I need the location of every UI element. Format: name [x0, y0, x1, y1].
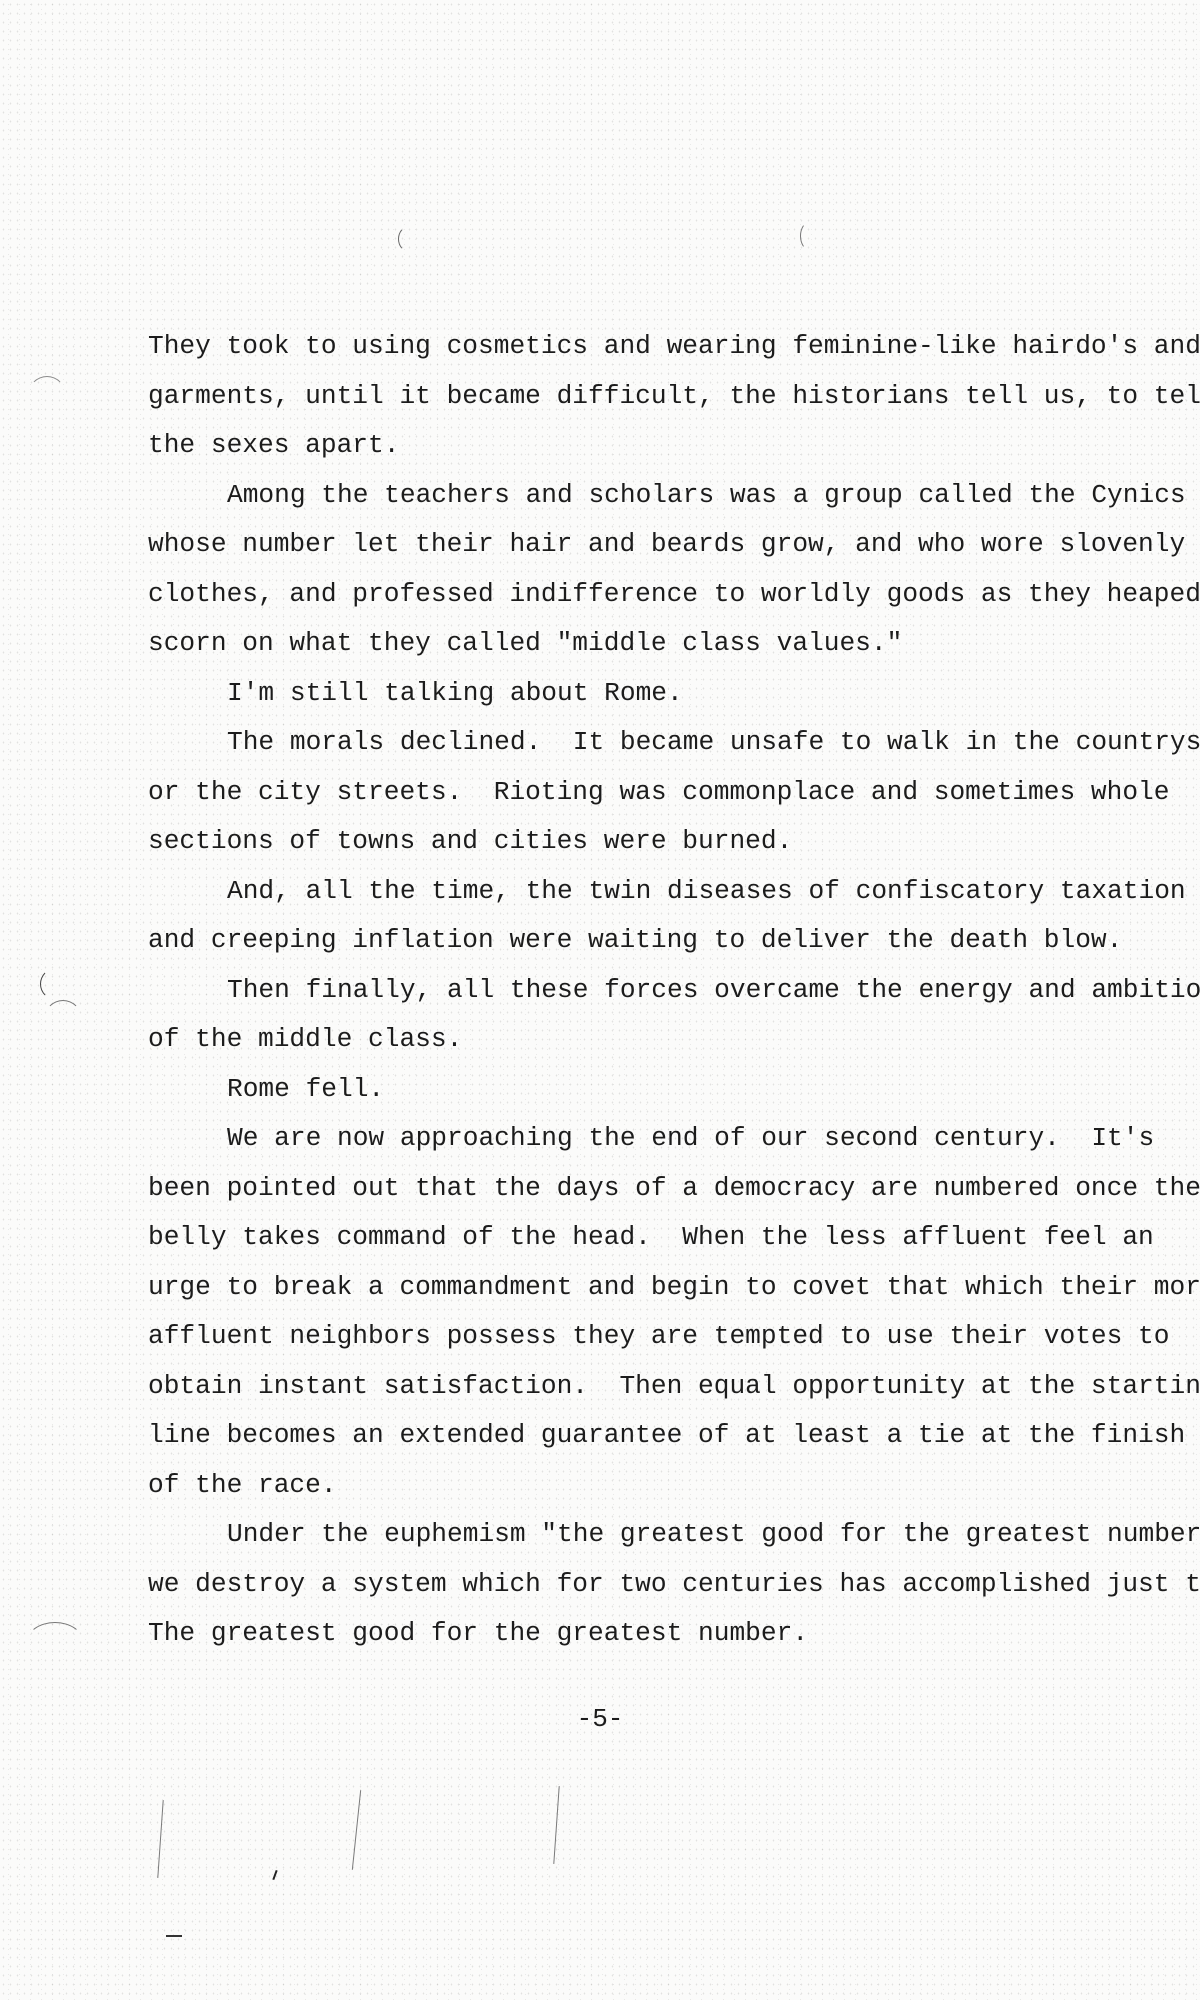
text-line: clothes, and professed indifference to w…: [148, 570, 1200, 620]
paragraph-first-line: I'm still talking about Rome.: [148, 669, 1200, 719]
punch-hole-mark: [800, 222, 818, 250]
scan-streak: [352, 1790, 361, 1870]
scan-streak: [157, 1800, 163, 1878]
scan-streak: [553, 1786, 559, 1864]
text-line: the sexes apart.: [148, 421, 1200, 471]
paragraph-first-line: Then finally, all these forces overcame …: [148, 966, 1200, 1016]
paragraph-first-line: And, all the time, the twin diseases of …: [148, 867, 1200, 917]
text-line: urge to break a commandment and begin to…: [148, 1263, 1200, 1313]
text-line: belly takes command of the head. When th…: [148, 1213, 1200, 1263]
scan-streak: [166, 1935, 182, 1937]
punch-hole-mark: [44, 1000, 82, 1038]
text-line: line becomes an extended guarantee of at…: [148, 1411, 1200, 1461]
punch-hole-mark: [398, 226, 420, 252]
punch-hole-mark: [40, 968, 72, 1000]
text-line: and creeping inflation were waiting to d…: [148, 916, 1200, 966]
text-line: obtain instant satisfaction. Then equal …: [148, 1362, 1200, 1412]
page-number: -5-: [0, 1704, 1200, 1734]
text-line: or the city streets. Rioting was commonp…: [148, 768, 1200, 818]
paragraph-first-line: Among the teachers and scholars was a gr…: [148, 471, 1200, 521]
punch-hole-mark: [28, 376, 66, 414]
text-line: scorn on what they called "middle class …: [148, 619, 1200, 669]
text-line: been pointed out that the days of a demo…: [148, 1164, 1200, 1214]
text-line: The greatest good for the greatest numbe…: [148, 1609, 1200, 1659]
text-line: affluent neighbors possess they are temp…: [148, 1312, 1200, 1362]
text-line: of the race.: [148, 1461, 1200, 1511]
typed-page-body: They took to using cosmetics and wearing…: [148, 322, 1200, 1659]
punch-hole-mark: [26, 1622, 84, 1664]
paragraph-first-line: Rome fell.: [148, 1065, 1200, 1115]
paragraph-first-line: We are now approaching the end of our se…: [148, 1114, 1200, 1164]
text-line: garments, until it became difficult, the…: [148, 372, 1200, 422]
text-line: sections of towns and cities were burned…: [148, 817, 1200, 867]
text-line: whose number let their hair and beards g…: [148, 520, 1200, 570]
scan-streak: [272, 1870, 277, 1880]
text-line: They took to using cosmetics and wearing…: [148, 322, 1200, 372]
paragraph-first-line: Under the euphemism "the greatest good f…: [148, 1510, 1200, 1560]
paragraph-first-line: The morals declined. It became unsafe to…: [148, 718, 1200, 768]
text-line: we destroy a system which for two centur…: [148, 1560, 1200, 1610]
text-line: of the middle class.: [148, 1015, 1200, 1065]
